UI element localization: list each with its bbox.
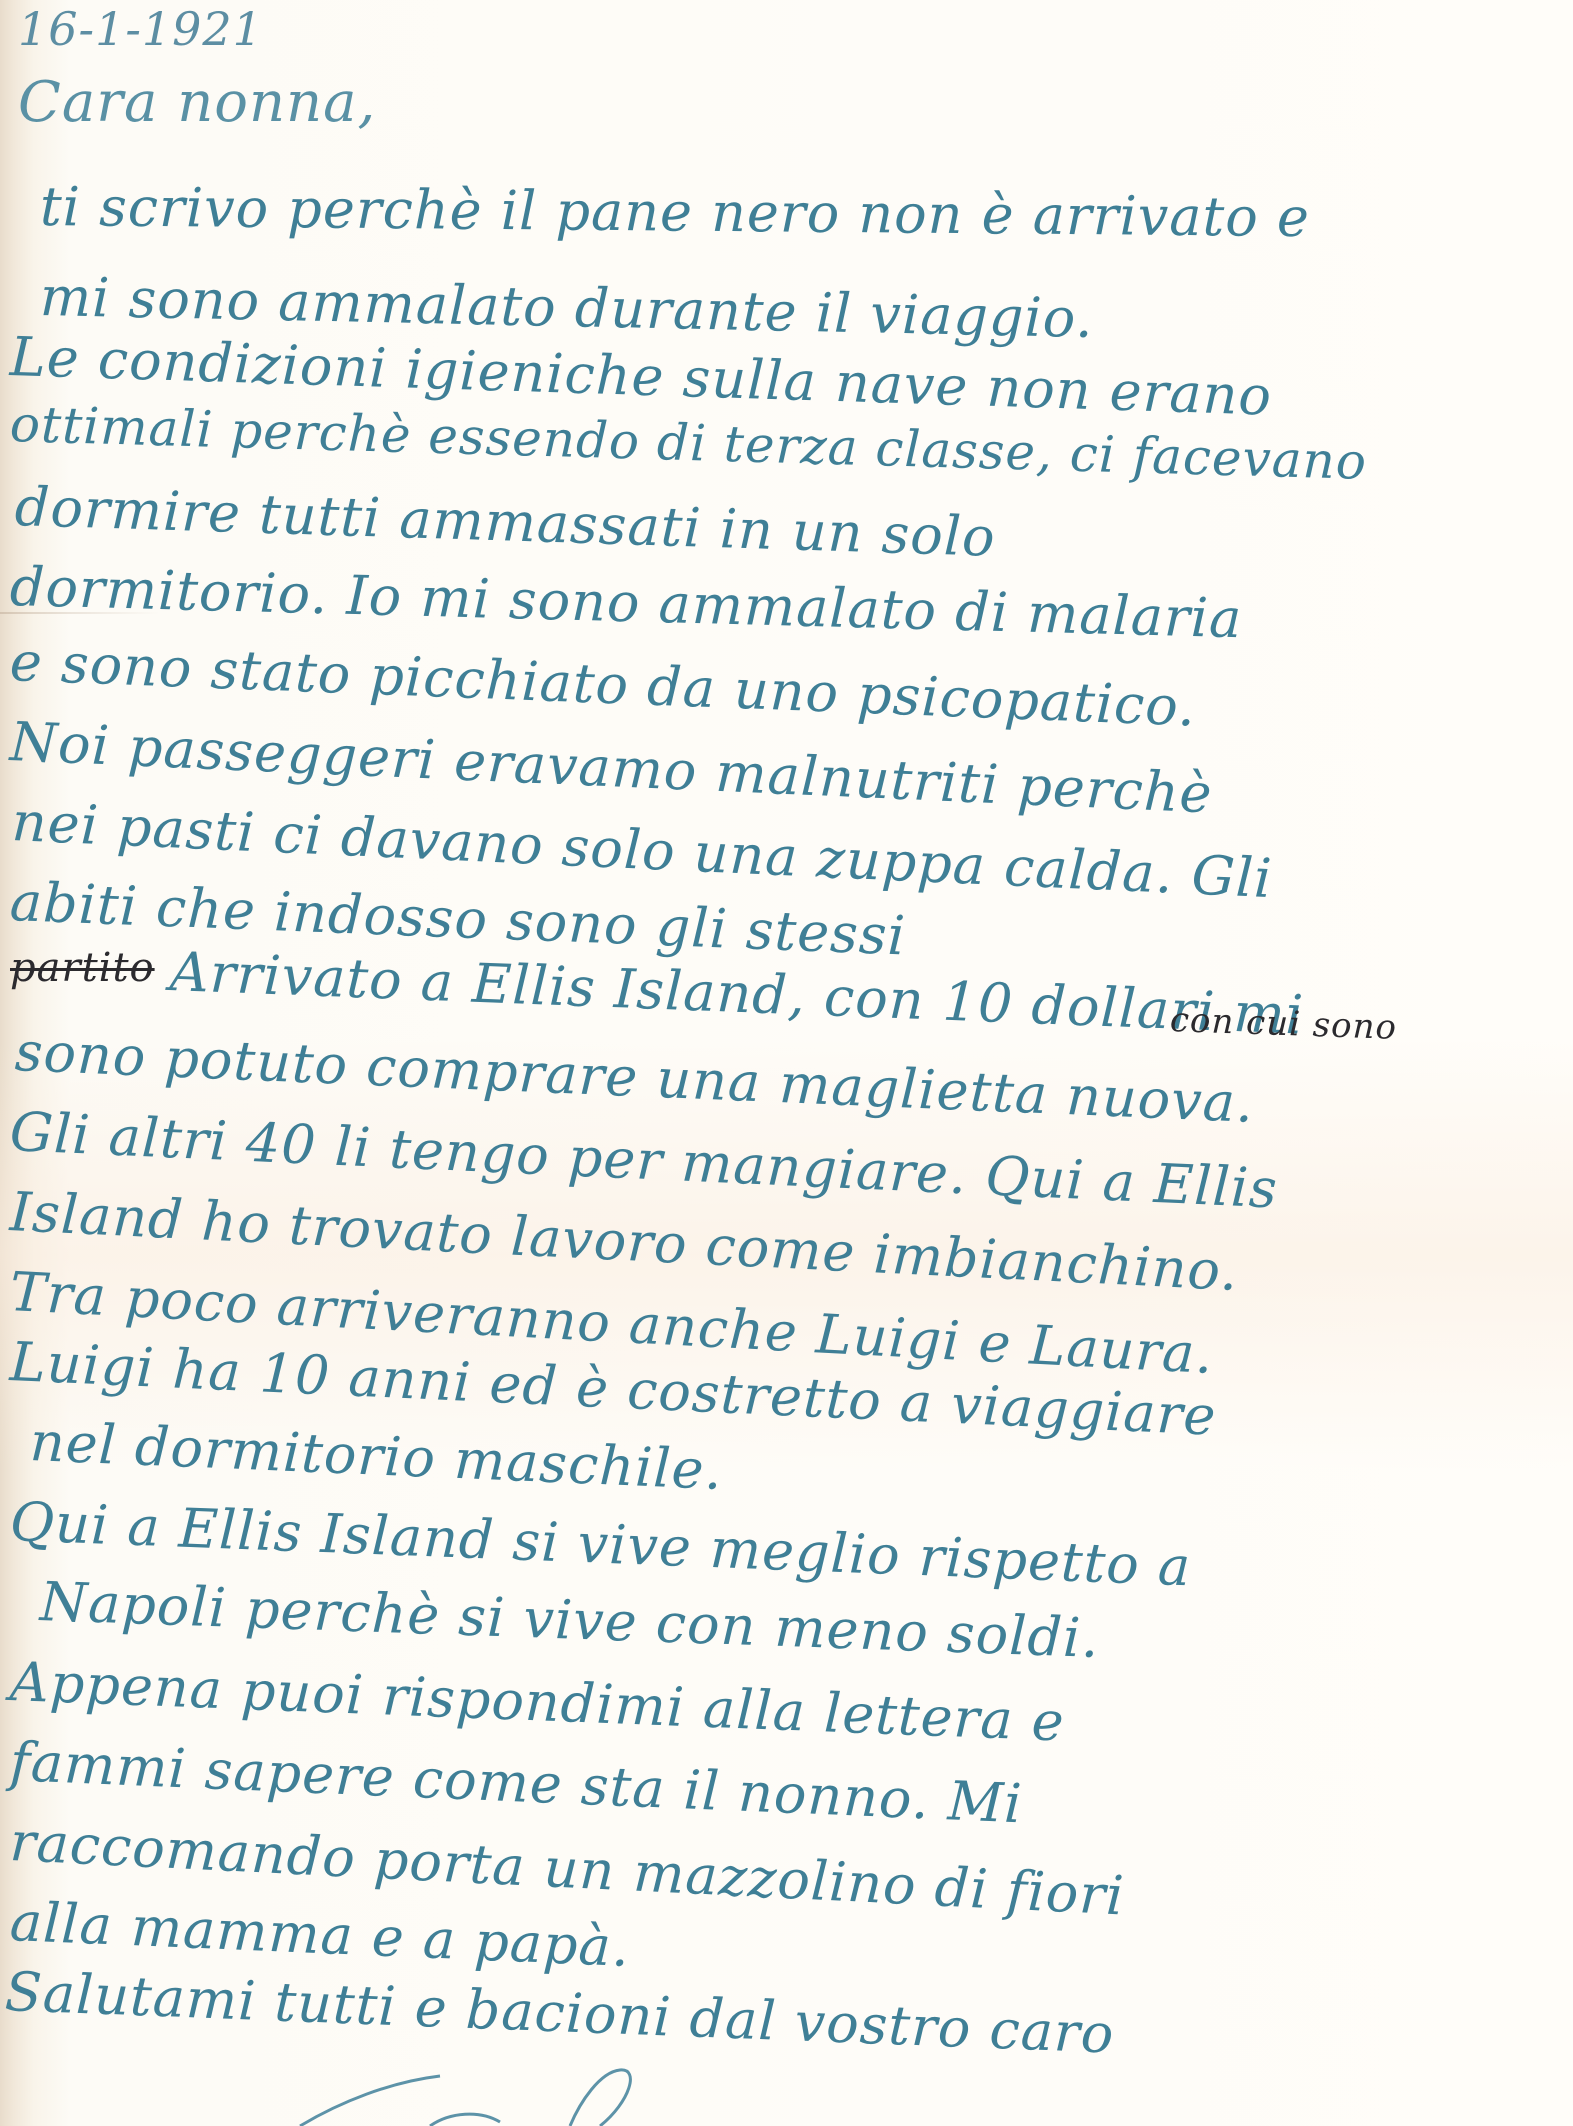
inserted-text: con cui sono: [1169, 1000, 1397, 1048]
signature: [280, 2062, 980, 2126]
letter-date: 16-1-1921: [18, 2, 263, 56]
letter-line: ti scrivo perchè il pane nero non è arri…: [40, 175, 1310, 249]
struck-word: partito: [10, 945, 155, 991]
letter-salutation: Cara nonna,: [18, 70, 376, 135]
